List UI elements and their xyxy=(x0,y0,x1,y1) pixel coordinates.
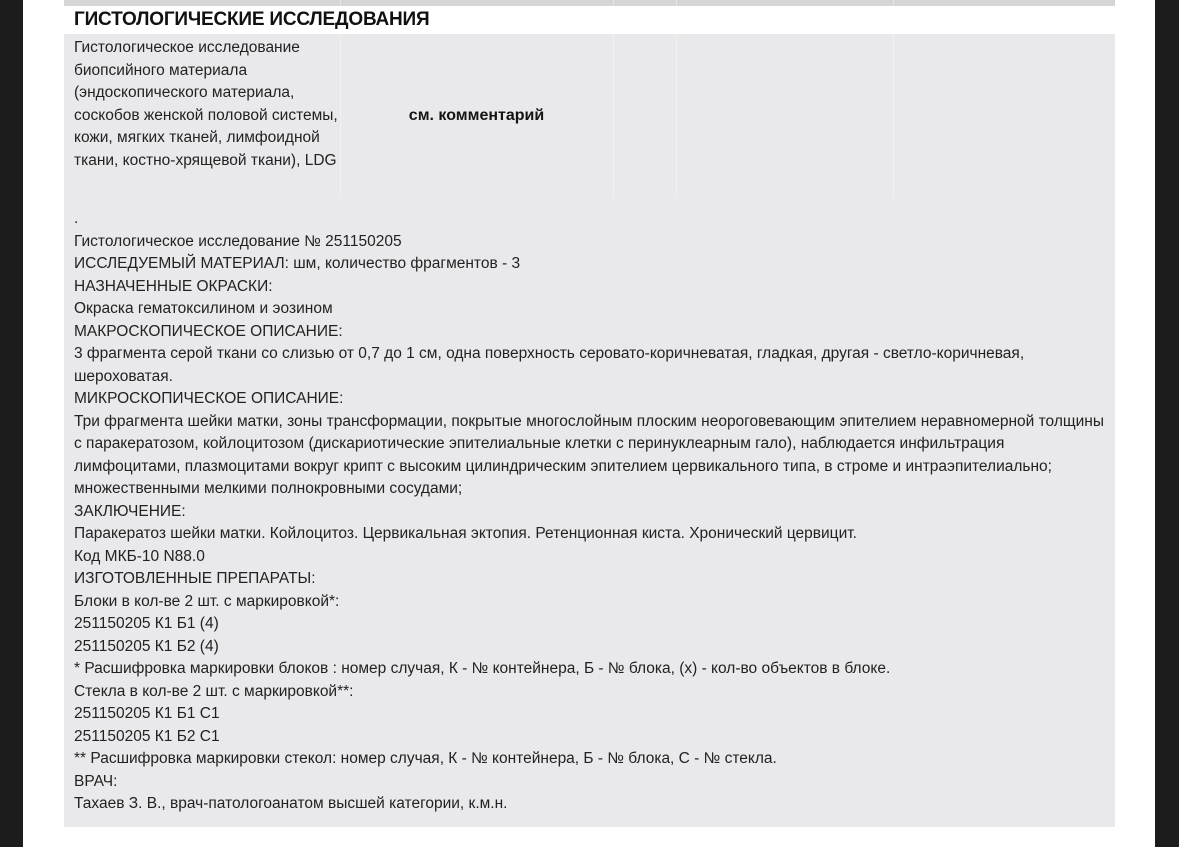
slide-label: 251150205 К1 Б1 С1 xyxy=(74,703,1109,726)
lab-report-page: ГИСТОЛОГИЧЕСКИЕ ИССЛЕДОВАНИЯ Гистологиче… xyxy=(23,0,1155,847)
doctor-name: Тахаев З. В., врач-патологоанатом высшей… xyxy=(74,793,1109,816)
study-number: Гистологическое исследование № 251150205 xyxy=(74,231,1109,254)
section-title: ГИСТОЛОГИЧЕСКИЕ ИССЛЕДОВАНИЯ xyxy=(74,6,429,33)
block-label: 251150205 К1 Б2 (4) xyxy=(74,636,1109,659)
micro-heading: МИКРОСКОПИЧЕСКОЕ ОПИСАНИЕ: xyxy=(74,388,1109,411)
column-divider xyxy=(676,34,677,198)
comment-box: . Гистологическое исследование № 2511502… xyxy=(64,198,1115,827)
column-divider xyxy=(676,0,677,6)
test-name: Гистологическое исследование биопсийного… xyxy=(74,37,339,172)
test-row: Гистологическое исследование биопсийного… xyxy=(64,34,1115,198)
doctor-heading: ВРАЧ: xyxy=(74,771,1109,794)
macro-heading: МАКРОСКОПИЧЕСКОЕ ОПИСАНИЕ: xyxy=(74,321,1109,344)
test-result: см. комментарий xyxy=(340,34,613,198)
preparations-heading: ИЗГОТОВЛЕННЫЕ ПРЕПАРАТЫ: xyxy=(74,568,1109,591)
conclusion-heading: ЗАКЛЮЧЕНИЕ: xyxy=(74,501,1109,524)
blocks-heading: Блоки в кол-ве 2 шт. с маркировкой*: xyxy=(74,591,1109,614)
stains: Окраска гематоксилином и эозином xyxy=(74,298,1109,321)
column-divider xyxy=(613,0,614,6)
block-label: 251150205 К1 Б1 (4) xyxy=(74,613,1109,636)
viewport: ГИСТОЛОГИЧЕСКИЕ ИССЛЕДОВАНИЯ Гистологиче… xyxy=(0,0,1179,847)
column-divider xyxy=(613,34,614,198)
column-divider xyxy=(893,34,894,198)
icd-code: Код МКБ-10 N88.0 xyxy=(74,546,1109,569)
micro-description: Три фрагмента шейки матки, зоны трансфор… xyxy=(74,411,1109,501)
blocks-legend: * Расшифровка маркировки блоков : номер … xyxy=(74,658,1109,681)
stains-heading: НАЗНАЧЕННЫЕ ОКРАСКИ: xyxy=(74,276,1109,299)
macro-description: 3 фрагмента серой ткани со слизью от 0,7… xyxy=(74,343,1109,388)
slides-legend: ** Расшифровка маркировки стекол: номер … xyxy=(74,748,1109,771)
column-divider xyxy=(893,0,894,6)
conclusion: Паракератоз шейки матки. Койлоцитоз. Цер… xyxy=(74,523,1109,546)
slide-label: 251150205 К1 Б2 С1 xyxy=(74,726,1109,749)
comment-line: . xyxy=(74,208,1109,231)
material: ИССЛЕДУЕМЫЙ МАТЕРИАЛ: шм, количество фра… xyxy=(74,253,1109,276)
comment-text: . Гистологическое исследование № 2511502… xyxy=(74,208,1109,816)
slides-heading: Стекла в кол-ве 2 шт. с маркировкой**: xyxy=(74,681,1109,704)
